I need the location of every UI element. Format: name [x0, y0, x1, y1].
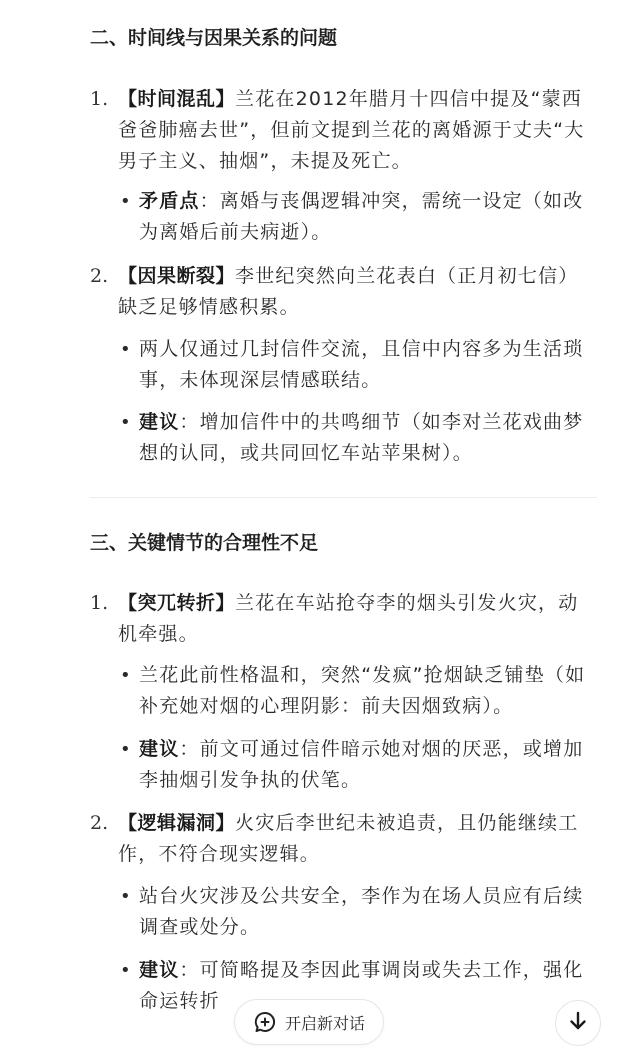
bullet-text: 兰花此前性格温和，突然“发疯”抢烟缺乏铺垫（如补充她对烟的心理阴影：前夫因烟致病…	[139, 660, 597, 722]
list-item-text: 【逻辑漏洞】火灾后李世纪未被追责，且仍能继续工作，不符合现实逻辑。	[118, 808, 597, 870]
bullet-body: ：前文可通过信件暗示她对烟的厌恶，或增加李抽烟引发争执的伏笔。	[139, 738, 583, 791]
chat-plus-icon	[253, 1010, 277, 1034]
issue-tag: 【突兀转折】	[118, 592, 235, 614]
bullet-dot: •	[120, 881, 131, 912]
bullet-label: 矛盾点	[139, 190, 200, 212]
ordered-list-item: 1. 【时间混乱】兰花在2012年腊月十四信中提及“蒙西爸爸肺癌去世”，但前文提…	[90, 84, 597, 177]
bullet-dot: •	[120, 660, 131, 691]
list-number: 1.	[90, 588, 118, 619]
bullet-item: • 兰花此前性格温和，突然“发疯”抢烟缺乏铺垫（如补充她对烟的心理阴影：前夫因烟…	[118, 660, 597, 722]
bullet-label: 建议	[139, 738, 179, 760]
bullet-body: 兰花此前性格温和，突然“发疯”抢烟缺乏铺垫（如补充她对烟的心理阴影：前夫因烟致病…	[139, 664, 585, 717]
bullet-dot: •	[120, 955, 131, 986]
bullet-dot: •	[120, 186, 131, 217]
issue-tag: 【因果断裂】	[118, 265, 235, 287]
bullet-item: • 建议：增加信件中的共鸣细节（如李对兰花戏曲梦想的认同，或共同回忆车站苹果树）…	[118, 407, 597, 469]
list-item-text: 【时间混乱】兰花在2012年腊月十四信中提及“蒙西爸爸肺癌去世”，但前文提到兰花…	[118, 84, 597, 177]
bullet-body: 两人仅通过几封信件交流，且信中内容多为生活琐事，未体现深层情感联结。	[139, 338, 583, 391]
bullet-text: 矛盾点：离婚与丧偶逻辑冲突，需统一设定（如改为离婚后前夫病逝）。	[139, 186, 597, 248]
bullet-label: 建议	[139, 411, 179, 433]
ordered-list-item: 2. 【逻辑漏洞】火灾后李世纪未被追责，且仍能继续工作，不符合现实逻辑。	[90, 808, 597, 870]
issue-tag: 【时间混乱】	[118, 88, 235, 110]
issue-tag: 【逻辑漏洞】	[118, 812, 235, 834]
bullet-dot: •	[120, 734, 131, 765]
bullet-dot: •	[120, 407, 131, 438]
list-item-text: 【突兀转折】兰花在车站抢夺李的烟头引发火灾，动机牵强。	[118, 588, 597, 650]
bullet-text: 建议：前文可通过信件暗示她对烟的厌恶，或增加李抽烟引发争执的伏笔。	[139, 734, 597, 796]
list-number: 1.	[90, 84, 118, 115]
bullet-item: • 站台火灾涉及公共安全，李作为在场人员应有后续调查或处分。	[118, 881, 597, 943]
new-chat-label: 开启新对话	[285, 1011, 365, 1034]
new-chat-button[interactable]: 开启新对话	[234, 999, 384, 1045]
bullet-label: 建议	[139, 959, 179, 981]
scroll-to-bottom-button[interactable]	[555, 1000, 601, 1046]
section-heading: 二、时间线与因果关系的问题	[90, 25, 337, 51]
bullet-dot: •	[120, 334, 131, 365]
bullet-text: 站台火灾涉及公共安全，李作为在场人员应有后续调查或处分。	[139, 881, 597, 943]
arrow-down-icon	[566, 1009, 590, 1037]
bullet-body: 站台火灾涉及公共安全，李作为在场人员应有后续调查或处分。	[139, 885, 583, 938]
ordered-list-item: 1. 【突兀转折】兰花在车站抢夺李的烟头引发火灾，动机牵强。	[90, 588, 597, 650]
bullet-item: • 建议：前文可通过信件暗示她对烟的厌恶，或增加李抽烟引发争执的伏笔。	[118, 734, 597, 796]
list-number: 2.	[90, 808, 118, 839]
section-heading: 三、关键情节的合理性不足	[90, 530, 318, 556]
section-divider	[90, 497, 597, 498]
list-number: 2.	[90, 261, 118, 292]
list-item-text: 【因果断裂】李世纪突然向兰花表白（正月初七信）缺乏足够情感积累。	[118, 261, 597, 323]
bullet-body: ：增加信件中的共鸣细节（如李对兰花戏曲梦想的认同，或共同回忆车站苹果树）。	[139, 411, 583, 464]
ordered-list-item: 2. 【因果断裂】李世纪突然向兰花表白（正月初七信）缺乏足够情感积累。	[90, 261, 597, 323]
bullet-item: • 两人仅通过几封信件交流，且信中内容多为生活琐事，未体现深层情感联结。	[118, 334, 597, 396]
bullet-body: ：离婚与丧偶逻辑冲突，需统一设定（如改为离婚后前夫病逝）。	[139, 190, 583, 243]
bullet-text: 建议：增加信件中的共鸣细节（如李对兰花戏曲梦想的认同，或共同回忆车站苹果树）。	[139, 407, 597, 469]
bullet-text: 两人仅通过几封信件交流，且信中内容多为生活琐事，未体现深层情感联结。	[139, 334, 597, 396]
bullet-item: • 矛盾点：离婚与丧偶逻辑冲突，需统一设定（如改为离婚后前夫病逝）。	[118, 186, 597, 248]
